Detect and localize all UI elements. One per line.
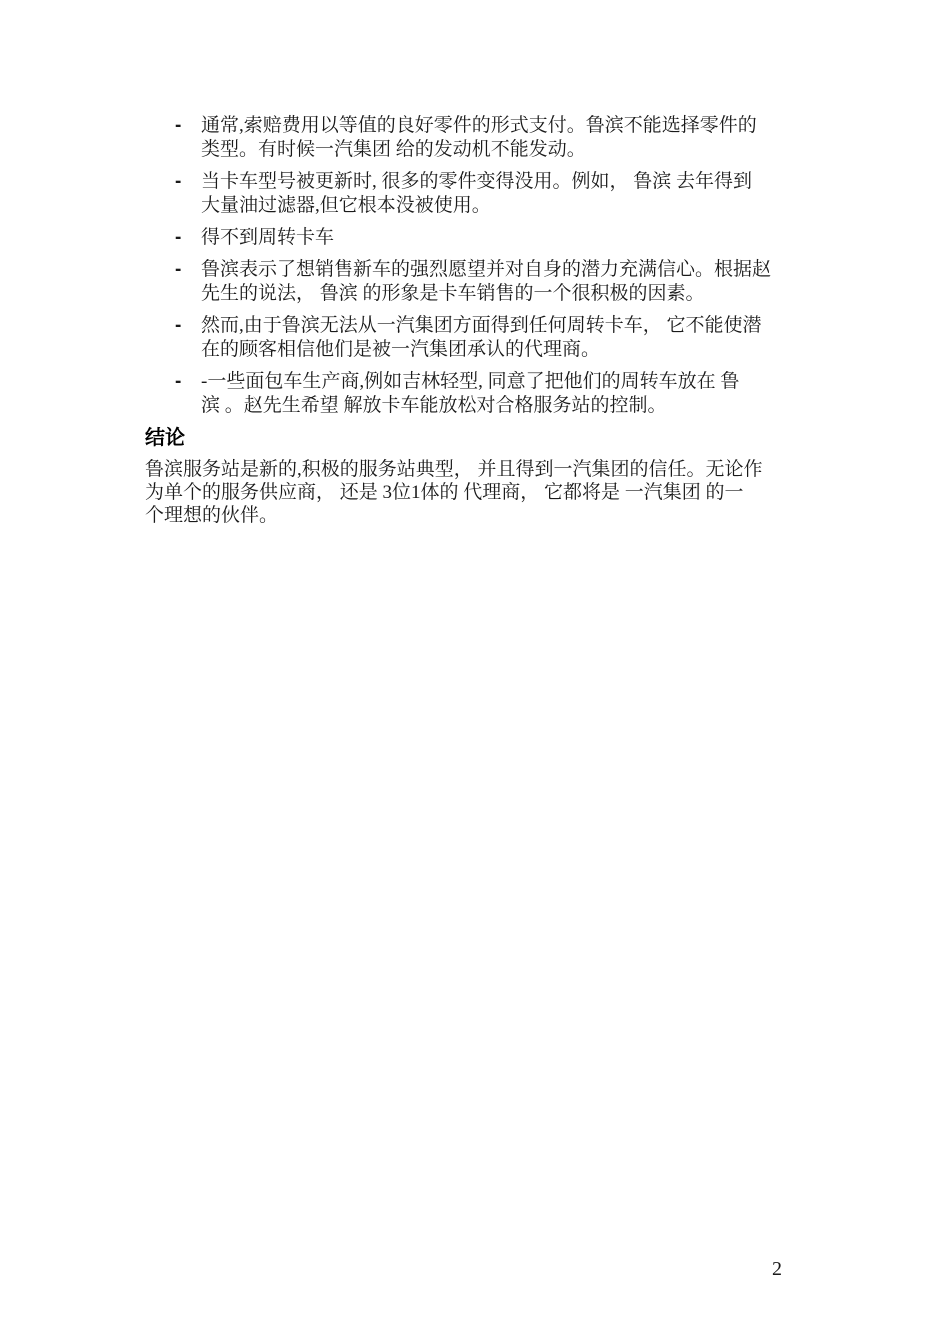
bullet-dash-marker: -	[145, 370, 201, 394]
bullet-item-1: - 通常,索赔费用以等值的良好零件的形式支付。鲁滨不能选择零件的 类型。有时候一…	[145, 114, 815, 162]
bullet-dash-marker: -	[145, 258, 201, 282]
bullet-text-line: 鲁滨表示了想销售新车的强烈愿望并对自身的潜力充满信心。根据赵	[201, 258, 815, 282]
bullet-list: - 通常,索赔费用以等值的良好零件的形式支付。鲁滨不能选择零件的 类型。有时候一…	[145, 114, 815, 418]
bullet-text-line: 当卡车型号被更新时, 很多的零件变得没用。例如， 鲁滨 去年得到	[201, 170, 815, 194]
bullet-item-6: - -一些面包车生产商,例如吉林轻型, 同意了把他们的周转车放在 鲁 滨 。赵先…	[145, 370, 815, 418]
bullet-text-line: 先生的说法， 鲁滨 的形象是卡车销售的一个很积极的因素。	[201, 282, 815, 306]
bullet-item-2: - 当卡车型号被更新时, 很多的零件变得没用。例如， 鲁滨 去年得到 大量油过滤…	[145, 170, 815, 218]
bullet-dash-marker: -	[145, 114, 201, 138]
page-content: - 通常,索赔费用以等值的良好零件的形式支付。鲁滨不能选择零件的 类型。有时候一…	[145, 114, 815, 527]
bullet-text-line: 类型。有时候一汽集团 给的发动机不能发动。	[201, 138, 815, 162]
bullet-text: -一些面包车生产商,例如吉林轻型, 同意了把他们的周转车放在 鲁 滨 。赵先生希…	[201, 370, 815, 418]
bullet-text-line: 通常,索赔费用以等值的良好零件的形式支付。鲁滨不能选择零件的	[201, 114, 815, 138]
conclusion-heading: 结论	[145, 426, 815, 450]
bullet-text: 当卡车型号被更新时, 很多的零件变得没用。例如， 鲁滨 去年得到 大量油过滤器,…	[201, 170, 815, 218]
bullet-dash-marker: -	[145, 314, 201, 338]
conclusion-line: 为单个的服务供应商， 还是 3位1体的 代理商， 它都将是 一汽集团 的一	[145, 481, 815, 504]
bullet-text-line: 得不到周转卡车	[201, 226, 815, 250]
conclusion-line: 个理想的伙伴。	[145, 504, 815, 527]
bullet-text: 然而,由于鲁滨无法从一汽集团方面得到任何周转卡车， 它不能使潜 在的顾客相信他们…	[201, 314, 815, 362]
bullet-item-4: - 鲁滨表示了想销售新车的强烈愿望并对自身的潜力充满信心。根据赵 先生的说法， …	[145, 258, 815, 306]
bullet-dash-marker: -	[145, 226, 201, 250]
bullet-text: 鲁滨表示了想销售新车的强烈愿望并对自身的潜力充满信心。根据赵 先生的说法， 鲁滨…	[201, 258, 815, 306]
bullet-text-line: 大量油过滤器,但它根本没被使用。	[201, 194, 815, 218]
bullet-dash-marker: -	[145, 170, 201, 194]
bullet-text-line: -一些面包车生产商,例如吉林轻型, 同意了把他们的周转车放在 鲁	[201, 370, 815, 394]
bullet-text: 得不到周转卡车	[201, 226, 815, 250]
conclusion-paragraph: 鲁滨服务站是新的,积极的服务站典型， 并且得到一汽集团的信任。无论作 为单个的服…	[145, 458, 815, 527]
page-number: 2	[766, 1256, 788, 1282]
document-page: - 通常,索赔费用以等值的良好零件的形式支付。鲁滨不能选择零件的 类型。有时候一…	[0, 0, 950, 1344]
bullet-text-line: 滨 。赵先生希望 解放卡车能放松对合格服务站的控制。	[201, 394, 815, 418]
bullet-item-5: - 然而,由于鲁滨无法从一汽集团方面得到任何周转卡车， 它不能使潜 在的顾客相信…	[145, 314, 815, 362]
bullet-text-line: 然而,由于鲁滨无法从一汽集团方面得到任何周转卡车， 它不能使潜	[201, 314, 815, 338]
bullet-text-line: 在的顾客相信他们是被一汽集团承认的代理商。	[201, 338, 815, 362]
conclusion-line: 鲁滨服务站是新的,积极的服务站典型， 并且得到一汽集团的信任。无论作	[145, 458, 815, 481]
bullet-item-3: - 得不到周转卡车	[145, 226, 815, 250]
bullet-text: 通常,索赔费用以等值的良好零件的形式支付。鲁滨不能选择零件的 类型。有时候一汽集…	[201, 114, 815, 162]
